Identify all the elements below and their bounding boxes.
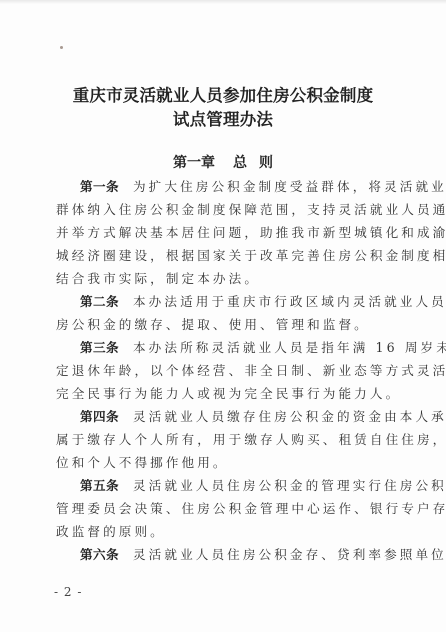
line-text: 群体纳入住房公积金制度保障范围，支持灵活就业人员通过租购 — [56, 202, 446, 217]
body-line: 定退休年龄，以个体经营、非全日制、新业态等方式灵活就业的 — [56, 361, 396, 381]
document-title-line2: 试点管理办法 — [0, 106, 446, 130]
line-text: 灵活就业人员缴存住房公积金的资金由本人承担， — [133, 409, 446, 424]
body-line: 并举方式解决基本居住问题，助推我市新型城镇化和成渝地区双 — [56, 223, 396, 243]
chapter-title-char1: 总 — [233, 152, 247, 172]
body-line: 完全民事行为能力人或视为完全民事行为能力人。 — [56, 384, 396, 404]
line-text: 完全民事行为能力人或视为完全民事行为能力人。 — [56, 386, 401, 401]
body-line: 政监督的原则。 — [56, 522, 396, 542]
article-label: 第二条 — [80, 294, 119, 309]
article-line: 第四条灵活就业人员缴存住房公积金的资金由本人承担， — [80, 407, 396, 427]
chapter-title-char2: 则 — [259, 152, 273, 172]
document-title-line1: 重庆市灵活就业人员参加住房公积金制度 — [0, 82, 446, 106]
line-text: 管理委员会决策、住房公积金管理中心运作、银行专户存储、财 — [56, 501, 446, 516]
line-text: 位和个人不得挪作他用。 — [56, 455, 229, 470]
page-top-edge — [0, 0, 446, 4]
article-line: 第六条灵活就业人员住房公积金存、贷利率参照单位在职 — [80, 545, 396, 565]
article-line: 第五条灵活就业人员住房公积金的管理实行住房公积金 — [80, 476, 396, 496]
article-line: 第一条为扩大住房公积金制度受益群体，将灵活就业人员 — [80, 177, 396, 197]
line-text: 房公积金的缴存、提取、使用、管理和监督。 — [56, 317, 370, 332]
article-label: 第四条 — [80, 409, 119, 424]
body-line: 属于缴存人个人所有，用于缴存人购买、租赁自住住房，任何单 — [56, 430, 396, 450]
scan-speck — [60, 46, 63, 49]
article-line: 第二条本办法适用于重庆市行政区域内灵活就业人员住 — [80, 292, 396, 312]
body-line: 位和个人不得挪作他用。 — [56, 453, 396, 473]
article-label: 第三条 — [80, 340, 119, 355]
line-text: 并举方式解决基本居住问题，助推我市新型城镇化和成渝地区双 — [56, 225, 446, 240]
body-line: 群体纳入住房公积金制度保障范围，支持灵活就业人员通过租购 — [56, 200, 396, 220]
line-text: 本办法适用于重庆市行政区域内灵活就业人员住 — [133, 294, 446, 309]
page-number: - 2 - — [54, 585, 82, 599]
body-line: 管理委员会决策、住房公积金管理中心运作、银行专户存储、财 — [56, 499, 396, 519]
chapter-number: 第一章 — [173, 152, 215, 172]
article-label: 第六条 — [80, 547, 119, 562]
body-line: 城经济圈建设，根据国家关于改革完善住房公积金制度相关要求， — [56, 246, 396, 266]
line-text: 本办法所称灵活就业人员是指年满 16 周岁未达法 — [133, 340, 446, 355]
line-text: 为扩大住房公积金制度受益群体，将灵活就业人员 — [133, 179, 446, 194]
line-text: 定退休年龄，以个体经营、非全日制、新业态等方式灵活就业的 — [56, 363, 446, 378]
line-text: 结合我市实际，制定本办法。 — [56, 271, 260, 286]
line-text: 灵活就业人员住房公积金存、贷利率参照单位在职 — [133, 547, 446, 562]
line-text: 城经济圈建设，根据国家关于改革完善住房公积金制度相关要求， — [56, 248, 446, 263]
body-line: 房公积金的缴存、提取、使用、管理和监督。 — [56, 315, 396, 335]
article-label: 第一条 — [80, 179, 119, 194]
line-text: 政监督的原则。 — [56, 524, 166, 539]
body-line: 结合我市实际，制定本办法。 — [56, 269, 396, 289]
article-label: 第五条 — [80, 478, 119, 493]
line-text: 灵活就业人员住房公积金的管理实行住房公积金 — [133, 478, 446, 493]
article-line: 第三条本办法所称灵活就业人员是指年满 16 周岁未达法 — [80, 338, 396, 358]
chapter-heading: 第一章总则 — [0, 152, 446, 172]
line-text: 属于缴存人个人所有，用于缴存人购买、租赁自住住房，任何单 — [56, 432, 446, 447]
